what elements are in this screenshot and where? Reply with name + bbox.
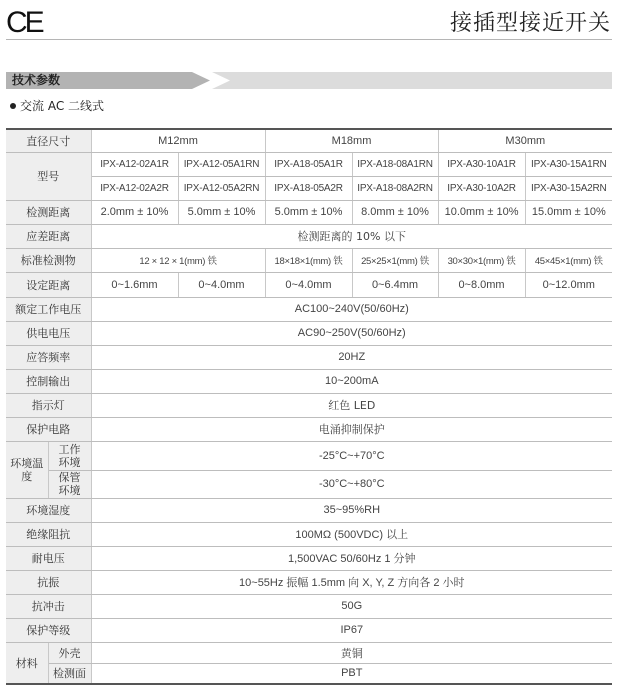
model-cell: IPX-A12-05A1RN — [178, 152, 265, 176]
value-cell: 0~1.6mm — [91, 272, 178, 297]
table-row: 绝缘阻抗 100MΩ (500VDC) 以上 — [6, 522, 612, 546]
sub-label: 工作环境 — [48, 441, 91, 470]
value-cell: AC100~240V(50/60Hz) — [91, 297, 612, 321]
row-label: 额定工作电压 — [6, 297, 91, 321]
row-label: 抗振 — [6, 570, 91, 594]
model-cell: IPX-A18-05A1R — [265, 152, 352, 176]
value-cell: 25×25×1(mm) 铁 — [352, 248, 438, 272]
header-divider — [6, 39, 612, 40]
model-cell: IPX-A30-15A2RN — [525, 176, 612, 200]
model-cell: IPX-A12-02A1R — [91, 152, 178, 176]
table-row: 保护电路 电涌抑制保护 — [6, 417, 612, 441]
wiring-type-label: 交流 AC 二线式 — [10, 98, 104, 114]
cell-m18: M18mm — [265, 129, 438, 152]
table-row: 应答频率 20HZ — [6, 345, 612, 369]
table-row: 抗冲击 50G — [6, 594, 612, 618]
spec-table: 直径尺寸 M12mm M18mm M30mm 型号 IPX-A12-02A1R … — [6, 128, 612, 685]
model-cell: IPX-A30-10A2R — [438, 176, 525, 200]
row-label: 保护等级 — [6, 618, 91, 642]
model-cell: IPX-A18-05A2R — [265, 176, 352, 200]
ce-mark-logo: CE — [6, 8, 42, 38]
model-cell: IPX-A12-05A2RN — [178, 176, 265, 200]
table-row: 保护等级 IP67 — [6, 618, 612, 642]
table-row: 型号 IPX-A12-02A1R IPX-A12-05A1RN IPX-A18-… — [6, 152, 612, 176]
row-label: 环境湿度 — [6, 498, 91, 522]
section-banner: 技术参数 — [6, 72, 612, 89]
row-label: 检测距离 — [6, 200, 91, 224]
table-row: 抗振 10~55Hz 振幅 1.5mm 向 X, Y, Z 方向各 2 小时 — [6, 570, 612, 594]
value-cell: 0~12.0mm — [525, 272, 612, 297]
value-cell: 5.0mm ± 10% — [178, 200, 265, 224]
model-cell: IPX-A18-08A2RN — [352, 176, 438, 200]
cell-m12: M12mm — [91, 129, 265, 152]
value-cell: 0~4.0mm — [265, 272, 352, 297]
row-label: 直径尺寸 — [6, 129, 91, 152]
value-cell: 45×45×1(mm) 铁 — [525, 248, 612, 272]
row-label: 指示灯 — [6, 393, 91, 417]
model-cell: IPX-A30-10A1R — [438, 152, 525, 176]
table-row: 指示灯 红色 LED — [6, 393, 612, 417]
value-cell: PBT — [91, 663, 612, 684]
sub-label: 保管环境 — [48, 470, 91, 498]
value-cell: 0~6.4mm — [352, 272, 438, 297]
table-row: 保管环境 -30°C~+80°C — [6, 470, 612, 498]
value-cell: 0~8.0mm — [438, 272, 525, 297]
table-row: 控制输出 10~200mA — [6, 369, 612, 393]
value-cell: 10~200mA — [91, 369, 612, 393]
row-label: 供电电压 — [6, 321, 91, 345]
row-label: 环境温度 — [6, 441, 48, 498]
value-cell: AC90~250V(50/60Hz) — [91, 321, 612, 345]
table-row: 应差距离 检测距离的 10% 以下 — [6, 224, 612, 248]
row-label: 抗冲击 — [6, 594, 91, 618]
value-cell: 12 × 12 × 1(mm) 铁 — [91, 248, 265, 272]
value-cell: 电涌抑制保护 — [91, 417, 612, 441]
row-label: 材料 — [6, 642, 48, 684]
row-label: 应差距离 — [6, 224, 91, 248]
value-cell: 黄铜 — [91, 642, 612, 663]
table-row: 耐电压 1,500VAC 50/60Hz 1 分钟 — [6, 546, 612, 570]
table-row: 材料 外壳 黄铜 — [6, 642, 612, 663]
value-cell: 30×30×1(mm) 铁 — [438, 248, 525, 272]
value-cell: 8.0mm ± 10% — [352, 200, 438, 224]
bullet-icon — [10, 103, 16, 109]
row-label: 绝缘阻抗 — [6, 522, 91, 546]
wiring-type-text: 交流 AC 二线式 — [20, 99, 104, 113]
table-row: 标准检测物 12 × 12 × 1(mm) 铁 18×18×1(mm) 铁 25… — [6, 248, 612, 272]
row-label: 型号 — [6, 152, 91, 200]
value-cell: 35~95%RH — [91, 498, 612, 522]
value-cell: 20HZ — [91, 345, 612, 369]
banner-arrow-shape — [6, 72, 612, 89]
value-cell: 检测距离的 10% 以下 — [91, 224, 612, 248]
row-label: 标准检测物 — [6, 248, 91, 272]
cell-m30: M30mm — [438, 129, 612, 152]
row-label: 设定距离 — [6, 272, 91, 297]
table-row: 额定工作电压 AC100~240V(50/60Hz) — [6, 297, 612, 321]
table-row: 设定距离 0~1.6mm 0~4.0mm 0~4.0mm 0~6.4mm 0~8… — [6, 272, 612, 297]
value-cell: 10~55Hz 振幅 1.5mm 向 X, Y, Z 方向各 2 小时 — [91, 570, 612, 594]
value-cell: 2.0mm ± 10% — [91, 200, 178, 224]
value-cell: 红色 LED — [91, 393, 612, 417]
table-row: 检测面 PBT — [6, 663, 612, 684]
value-cell: 50G — [91, 594, 612, 618]
table-row: 供电电压 AC90~250V(50/60Hz) — [6, 321, 612, 345]
value-cell: 5.0mm ± 10% — [265, 200, 352, 224]
table-row: 直径尺寸 M12mm M18mm M30mm — [6, 129, 612, 152]
model-cell: IPX-A12-02A2R — [91, 176, 178, 200]
value-cell: -25°C~+70°C — [91, 441, 612, 470]
row-label: 应答频率 — [6, 345, 91, 369]
value-cell: 100MΩ (500VDC) 以上 — [91, 522, 612, 546]
value-cell: 1,500VAC 50/60Hz 1 分钟 — [91, 546, 612, 570]
value-cell: 10.0mm ± 10% — [438, 200, 525, 224]
row-label: 保护电路 — [6, 417, 91, 441]
value-cell: 15.0mm ± 10% — [525, 200, 612, 224]
model-cell: IPX-A18-08A1RN — [352, 152, 438, 176]
model-cell: IPX-A30-15A1RN — [525, 152, 612, 176]
sub-label: 检测面 — [48, 663, 91, 684]
table-row: 环境湿度 35~95%RH — [6, 498, 612, 522]
table-row: IPX-A12-02A2R IPX-A12-05A2RN IPX-A18-05A… — [6, 176, 612, 200]
row-label: 控制输出 — [6, 369, 91, 393]
value-cell: IP67 — [91, 618, 612, 642]
page-title: 接插型接近开关 — [450, 10, 611, 38]
sub-label: 外壳 — [48, 642, 91, 663]
value-cell: 0~4.0mm — [178, 272, 265, 297]
table-row: 检测距离 2.0mm ± 10% 5.0mm ± 10% 5.0mm ± 10%… — [6, 200, 612, 224]
value-cell: 18×18×1(mm) 铁 — [265, 248, 352, 272]
table-row: 环境温度 工作环境 -25°C~+70°C — [6, 441, 612, 470]
value-cell: -30°C~+80°C — [91, 470, 612, 498]
section-heading: 技术参数 — [12, 72, 60, 89]
row-label: 耐电压 — [6, 546, 91, 570]
